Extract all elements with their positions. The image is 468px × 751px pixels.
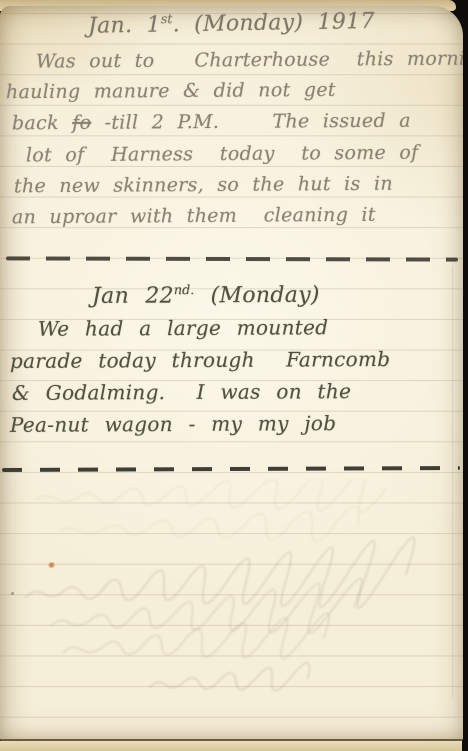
ink-bleedthrough [0, 479, 463, 741]
heading-text: Jan. 1 [88, 13, 161, 39]
handwriting-line: We had a large mounted [38, 315, 328, 341]
handwriting-line: & Godalming. I was on the [12, 379, 351, 405]
strikethrough-word: fo [72, 112, 91, 134]
handwriting-line: an uproar with them cleaning it [12, 204, 376, 229]
line-text: -till 2 P.M. The issued a [91, 110, 411, 134]
handwriting-line: the new skinners, so the hut is in [14, 173, 393, 198]
handwriting-line: back fo -till 2 P.M. The issued a [12, 110, 411, 135]
entry-heading: Jan 22nd. (Monday) [92, 282, 320, 309]
handwriting-line: hauling manure & did not get [6, 79, 336, 103]
handwriting-line: lot of Harness today to some of [26, 142, 419, 167]
ordinal-superscript: st [161, 12, 173, 27]
page-crease [452, 266, 453, 699]
line-text: back [12, 112, 72, 134]
scan-background: Jan. 1st. (Monday) 1917 Was out to Chart… [0, 0, 468, 751]
ordinal-superscript: nd. [174, 283, 195, 298]
handwriting-line: parade today through Farncomb [10, 347, 390, 373]
entry-heading: Jan. 1st. (Monday) 1917 [88, 8, 375, 38]
heading-text: (Monday) [194, 283, 320, 309]
handwriting-line: Was out to Charterhouse this morning [36, 47, 463, 72]
entry-divider [6, 256, 458, 261]
diary-page: Jan. 1st. (Monday) 1917 Was out to Chart… [0, 6, 463, 741]
heading-text: Jan 22 [92, 283, 174, 308]
ink-speck [11, 592, 14, 595]
foxing-stain [48, 562, 55, 568]
page-behind-bottom-edge [0, 741, 462, 751]
heading-text: . (Monday) 1917 [172, 9, 375, 38]
handwriting-line: Pea-nut wagon - my my job [10, 411, 336, 437]
entry-divider [2, 466, 460, 471]
